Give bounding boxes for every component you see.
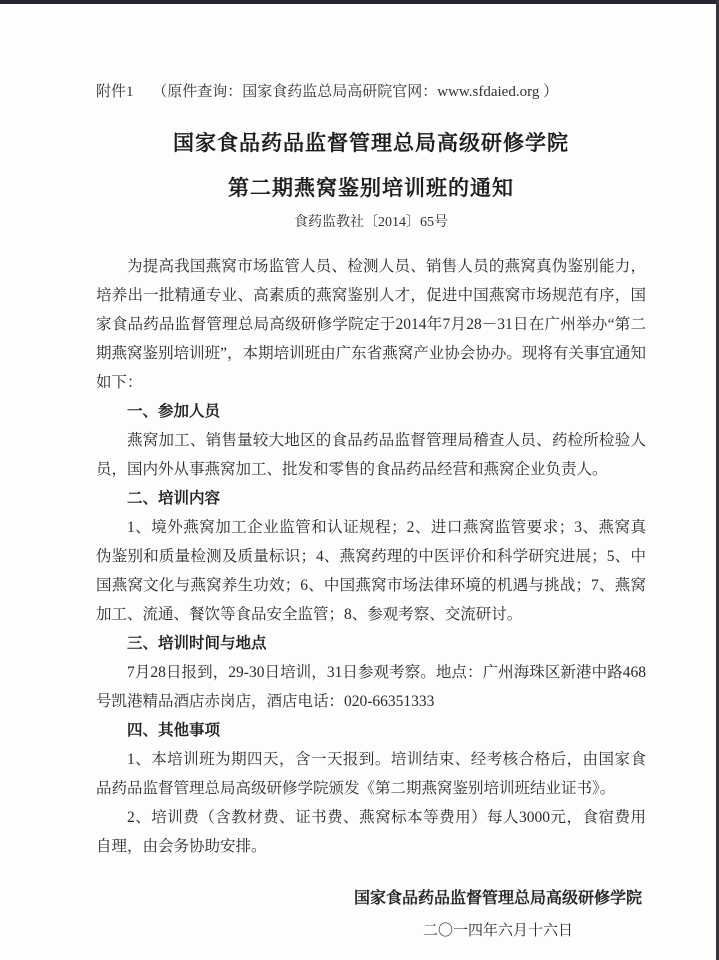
section-4-paragraph-1: 1、本培训班为期四天，含一天报到。培训结束、经考核合格后，由国家食品药品监督管理…: [96, 745, 646, 803]
section-2-heading: 二、培训内容: [96, 484, 646, 513]
section-3-paragraph: 7月28日报到，29-30日培训，31日参观考察。地点：广州海珠区新港中路468…: [96, 658, 646, 716]
document-body: 为提高我国燕窝市场监管人员、检测人员、销售人员的燕窝真伪鉴别能力，培养出一批精通…: [96, 252, 646, 861]
signature-block: 国家食品药品监督管理总局高级研修学院 二〇一四年六月十六日: [354, 883, 642, 947]
document-number: 食药监教社〔2014〕65号: [96, 211, 646, 231]
intro-paragraph: 为提高我国燕窝市场监管人员、检测人员、销售人员的燕窝真伪鉴别能力，培养出一批精通…: [96, 252, 646, 397]
document-title-line1: 国家食品药品监督管理总局高级研修学院: [96, 127, 646, 157]
section-1-heading: 一、参加人员: [96, 397, 646, 426]
section-3-heading: 三、培训时间与地点: [96, 629, 646, 658]
scan-artifact-top-edge: [0, 0, 719, 4]
section-2-paragraph: 1、境外燕窝加工企业监管和认证规程；2、进口燕窝监管要求；3、燕窝真伪鉴别和质量…: [96, 513, 646, 629]
document-title-line2: 第二期燕窝鉴别培训班的通知: [96, 172, 646, 202]
signature-organization: 国家食品药品监督管理总局高级研修学院: [354, 883, 642, 915]
section-1-paragraph: 燕窝加工、销售量较大地区的食品药品监督管理局稽查人员、药检所检验人员，国内外从事…: [96, 426, 646, 484]
section-4-heading: 四、其他事项: [96, 716, 646, 745]
signature-date: 二〇一四年六月十六日: [354, 915, 642, 947]
section-4-paragraph-2: 2、培训费（含教材费、证书费、燕窝标本等费用）每人3000元，食宿费用自理，由会…: [96, 803, 646, 861]
attachment-note: 附件1 （原件查询：国家食药监总局高研院官网：www.sfdaied.org ）: [96, 84, 646, 101]
document-content: 附件1 （原件查询：国家食药监总局高研院官网：www.sfdaied.org ）…: [96, 84, 646, 947]
scanned-notice-page: 附件1 （原件查询：国家食药监总局高研院官网：www.sfdaied.org ）…: [0, 0, 719, 960]
